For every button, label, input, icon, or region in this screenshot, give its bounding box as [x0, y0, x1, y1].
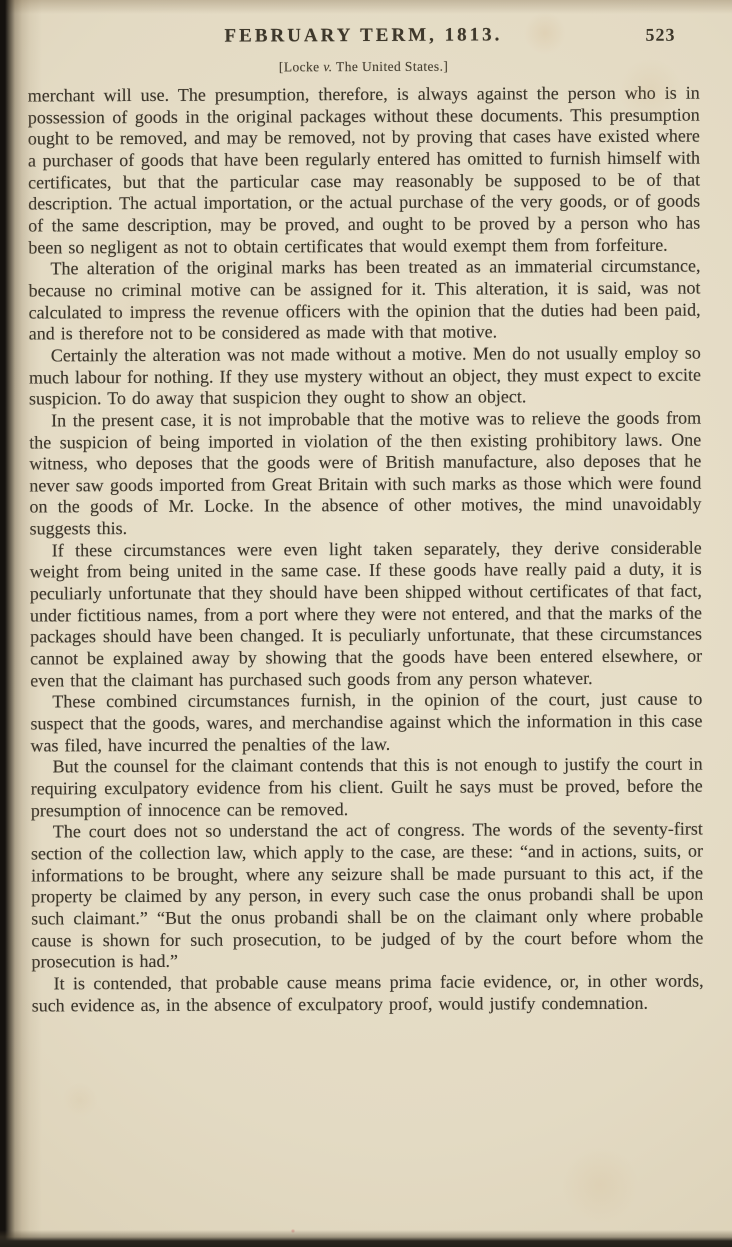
case-caption: [Locke v. The United States.]	[0, 57, 730, 76]
paragraph-4: In the present case, it is not improbabl…	[29, 407, 702, 540]
page-content: FEBRUARY TERM, 1813. 523 [Locke v. The U…	[0, 0, 732, 1247]
opinion-text: merchant will use. The presumption, ther…	[28, 83, 704, 1017]
paragraph-7: But the counsel for the claimant contend…	[31, 754, 703, 822]
scanned-book-page: FEBRUARY TERM, 1813. 523 [Locke v. The U…	[0, 0, 732, 1247]
paragraph-3: Certainly the alteration was not made wi…	[29, 342, 701, 410]
paragraph-1: merchant will use. The presumption, ther…	[28, 83, 701, 259]
paragraph-5: If these circumstances were even light t…	[30, 537, 703, 692]
page-number: 523	[645, 25, 675, 46]
case-caption-versus: v.	[323, 59, 332, 74]
paragraph-9: It is contended, that probable cause mea…	[32, 970, 704, 1016]
paragraph-6: These combined circumstances furnish, in…	[30, 689, 702, 757]
running-head: FEBRUARY TERM, 1813. 523	[0, 23, 729, 49]
paragraph-2: The alteration of the original marks has…	[28, 256, 700, 346]
case-caption-open: [Locke	[279, 59, 323, 74]
case-caption-rest: The United States.]	[332, 59, 448, 75]
term-heading: FEBRUARY TERM, 1813.	[224, 24, 502, 46]
paragraph-8: The court does not so understand the act…	[31, 819, 704, 974]
